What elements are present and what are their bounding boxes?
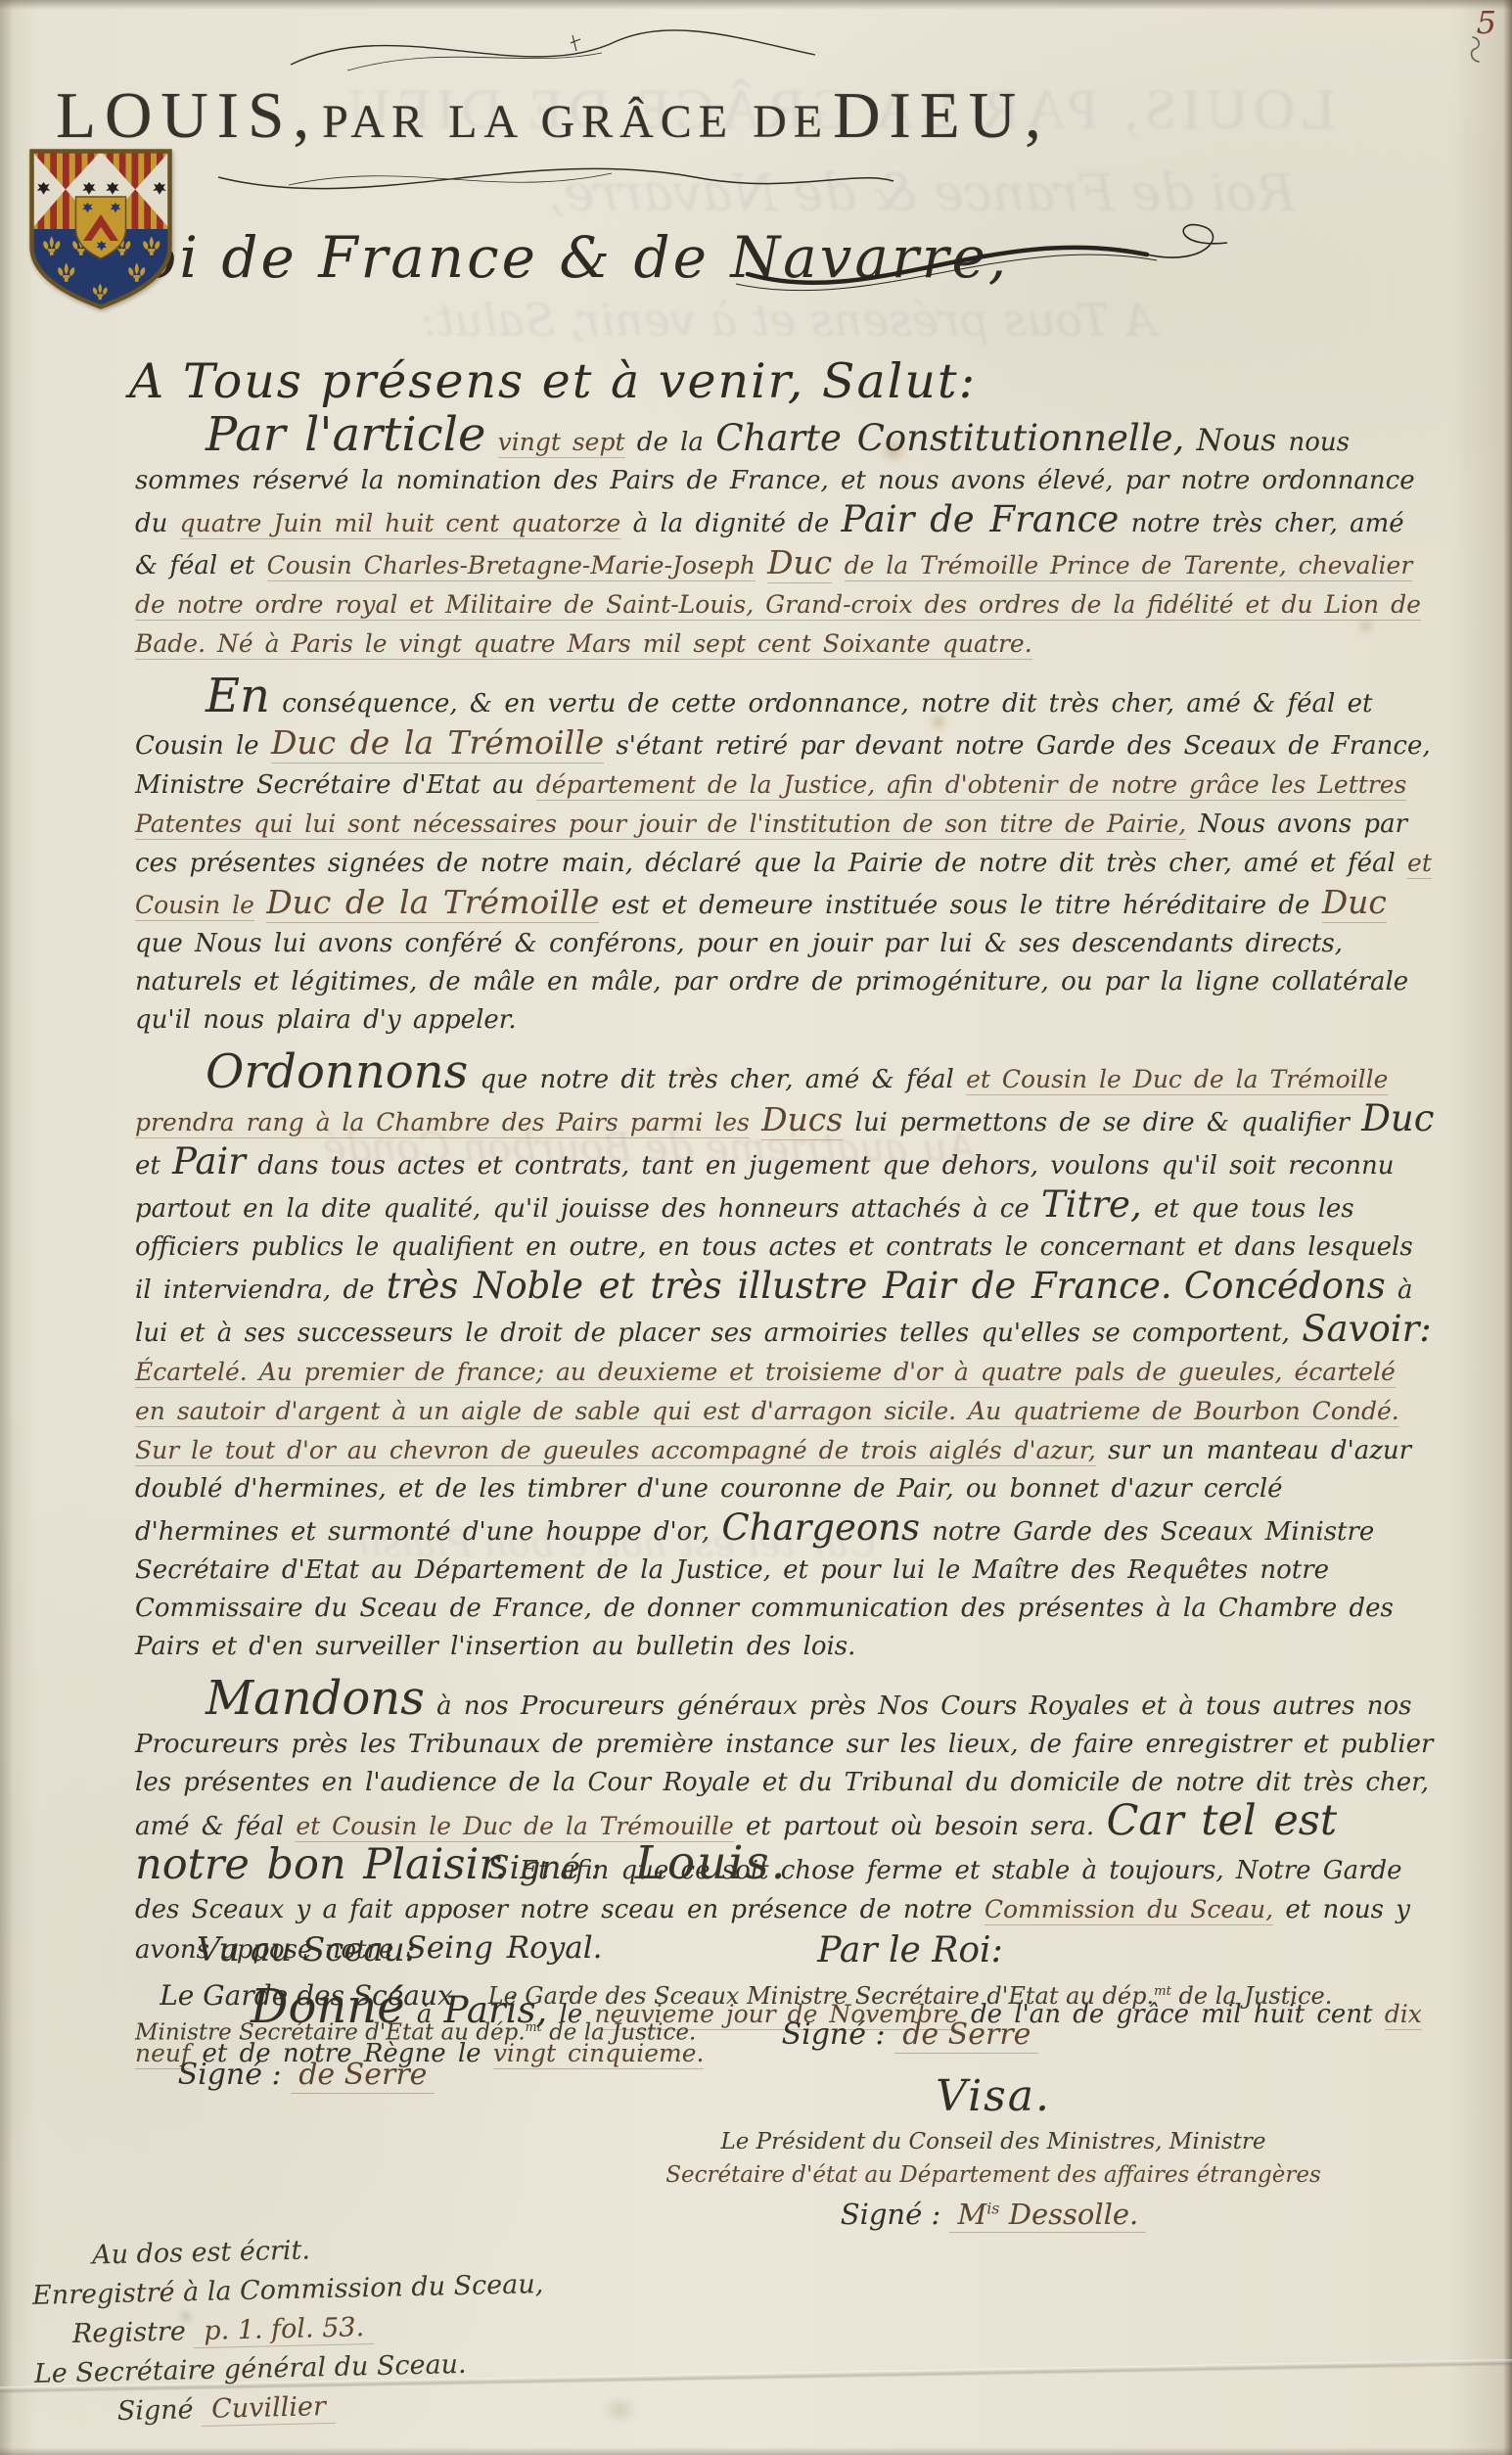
signature-name: Mis Dessolle. xyxy=(949,2198,1146,2233)
par-le-roi-heading: Par le Roi: xyxy=(450,1930,1370,1970)
seal-signature-column: Vu au Sceau: Le Garde des Sceaux Ministr… xyxy=(135,1930,478,2092)
handwritten-fill-text: quatre Juin mil huit cent quatorze xyxy=(180,509,621,539)
handwritten-fill-text: Duc xyxy=(767,543,832,583)
engraved-text: à la dignité de xyxy=(633,509,830,538)
engraved-text: très Noble et très illustre Pair de Fran… xyxy=(387,1265,1172,1307)
page-edge-top xyxy=(0,0,1512,10)
paraph-mark xyxy=(1467,35,1487,65)
ministre-line-text: de la Justice. xyxy=(1179,1982,1333,2010)
engraved-text: que Nous lui avons conféré & conférons, … xyxy=(135,929,1408,1035)
engraved-text: et xyxy=(135,1151,160,1181)
superscript-abbr: mt xyxy=(1154,1984,1171,1999)
page-edge-bottom xyxy=(0,2447,1512,2455)
signed-label: Signé : xyxy=(841,2198,941,2231)
engraved-text: de la xyxy=(637,428,704,457)
president-du-conseil-line: Le Président du Conseil des Ministres, M… xyxy=(641,2129,1346,2154)
signature-name: de Serre xyxy=(894,2017,1038,2054)
signed-dessolle: Signé : Mis Dessolle. xyxy=(641,2198,1346,2231)
body-paragraph-charte: Par l'article vingt sept de la Charte Co… xyxy=(135,415,1436,664)
signature-name: de Serre xyxy=(291,2058,435,2094)
superscript-abbr: is xyxy=(986,2199,999,2217)
king-signature-column: Par le Roi: Le Garde des Sceaux Ministre… xyxy=(450,1930,1370,2231)
calligraphic-flourish xyxy=(279,25,827,76)
shield-field xyxy=(27,147,174,311)
enregistre-line: Enregistré à la Commission du Sceau, xyxy=(32,2269,542,2311)
title-middle: PAR LA GRÂCE DE xyxy=(322,96,829,148)
letters-patent-body: Par l'article vingt sept de la Charte Co… xyxy=(0,415,1512,2086)
signed-label: Signé : xyxy=(487,1848,602,1886)
handwritten-fill-text: Ducs xyxy=(761,1100,843,1140)
engraved-text: est et demeure instituée sous le titre h… xyxy=(612,891,1310,920)
registration-note: Au dos est écrit. Enregistré à la Commis… xyxy=(31,2230,544,2437)
royal-title-line: LOUIS, PAR LA GRÂCE DE DIEU, xyxy=(29,78,1077,154)
signed-cuvillier: Signé Cuvillier xyxy=(34,2386,544,2429)
body-paragraph-consequence: En conséquence, & en vertu de cette ordo… xyxy=(135,676,1436,1040)
secretaire-general-line: Le Secrétaire général du Sceau. xyxy=(34,2347,544,2389)
engraved-text: Nous xyxy=(1197,423,1277,458)
signed-de-serre-left: Signé : de Serre xyxy=(135,2058,478,2092)
engraved-text: Par l'article xyxy=(206,407,485,462)
engraved-text: Duc xyxy=(1361,1097,1434,1139)
engraved-text: Pair de France xyxy=(842,498,1120,540)
handwritten-fill-text: Commission du Sceau, xyxy=(985,1895,1273,1925)
handwritten-fill-text: Duc de la Trémoille xyxy=(266,883,599,923)
engraved-text: et partout où besoin sera. xyxy=(746,1812,1094,1841)
paper-stain xyxy=(597,2400,642,2420)
handwritten-fill-text: vingt sept xyxy=(498,428,625,458)
signature-name-part: Dessolle. xyxy=(1009,2198,1139,2231)
calligraphic-flourish xyxy=(201,154,905,199)
royal-signature-line: Signé : Louis. xyxy=(487,1836,788,1890)
signed-label: Signé xyxy=(116,2394,193,2427)
garde-des-sceaux-line: Le Garde des Sceaux xyxy=(135,1979,478,2012)
signature-name: Cuvillier xyxy=(202,2391,336,2427)
la-tremoille-coat-of-arms xyxy=(27,147,174,311)
folio-reference: p. 1. fol. 53. xyxy=(194,2312,374,2348)
ministre-line-text: Le Garde des Sceaux Ministre Secrétaire … xyxy=(488,1982,1154,2010)
handwritten-fill-text: Duc xyxy=(1322,883,1387,923)
body-paragraph-mandons: Mandons à nos Procureurs généraux près N… xyxy=(135,1679,1436,1969)
au-dos-line: Au dos est écrit. xyxy=(31,2230,541,2272)
engraved-text: Mandons xyxy=(206,1671,425,1726)
engraved-text: Savoir: xyxy=(1302,1308,1432,1350)
engraved-text: Chargeons xyxy=(721,1506,920,1549)
registre-line: Registre p. 1. fol. 53. xyxy=(33,2308,543,2350)
calligraphic-swoosh xyxy=(726,213,1274,303)
engraved-text: Pair xyxy=(172,1140,246,1182)
king-signature-name: Louis. xyxy=(635,1836,788,1890)
handwritten-fill-text: Duc de la Trémoille xyxy=(271,723,604,764)
engraved-text: Ordonnons xyxy=(206,1044,468,1099)
engraved-text: En xyxy=(206,669,270,723)
signature-name-part: M xyxy=(957,2198,986,2231)
signed-label: Signé : xyxy=(178,2058,282,2092)
engraved-text: Titre, xyxy=(1041,1183,1142,1226)
title-louis: LOUIS, xyxy=(56,79,318,152)
engraved-text: que notre dit très cher, amé & féal xyxy=(480,1065,953,1094)
engraved-text: Concédons xyxy=(1184,1265,1386,1307)
engraved-text: lui permettons de se dire & qualifier xyxy=(855,1108,1350,1137)
vu-au-sceau-heading: Vu au Sceau: xyxy=(135,1930,478,1969)
letters-patent-document: 5 LOUIS, PAR LA GRÂCE DE DIEU, Roi de Fr… xyxy=(0,0,1512,2455)
engraved-text: Charte Constitutionnelle, xyxy=(715,417,1184,459)
signed-label: Signé : xyxy=(782,2017,886,2052)
signed-de-serre-right: Signé : de Serre xyxy=(450,2017,1370,2052)
garde-des-sceaux-ministre-line: Le Garde des Sceaux Ministre Secrétaire … xyxy=(450,1982,1370,2010)
affaires-etrangeres-line: Secrétaire d'état au Département des aff… xyxy=(641,2162,1346,2188)
visa-block: Visa. Le Président du Conseil des Minist… xyxy=(641,2071,1346,2231)
ministre-line: Ministre Secrétaire d'Etat au dép.mt de … xyxy=(135,2019,478,2046)
handwritten-fill-text: Cousin Charles-Bretagne-Marie-Joseph xyxy=(267,551,756,581)
visa-heading: Visa. xyxy=(641,2071,1346,2121)
title-dieu: DIEU, xyxy=(833,79,1050,152)
body-paragraph-ordonnons: Ordonnons que notre dit très cher, amé &… xyxy=(135,1052,1436,1666)
salutation-line: A Tous présens et à venir, Salut: xyxy=(29,353,1077,409)
registre-label: Registre xyxy=(72,2316,187,2349)
